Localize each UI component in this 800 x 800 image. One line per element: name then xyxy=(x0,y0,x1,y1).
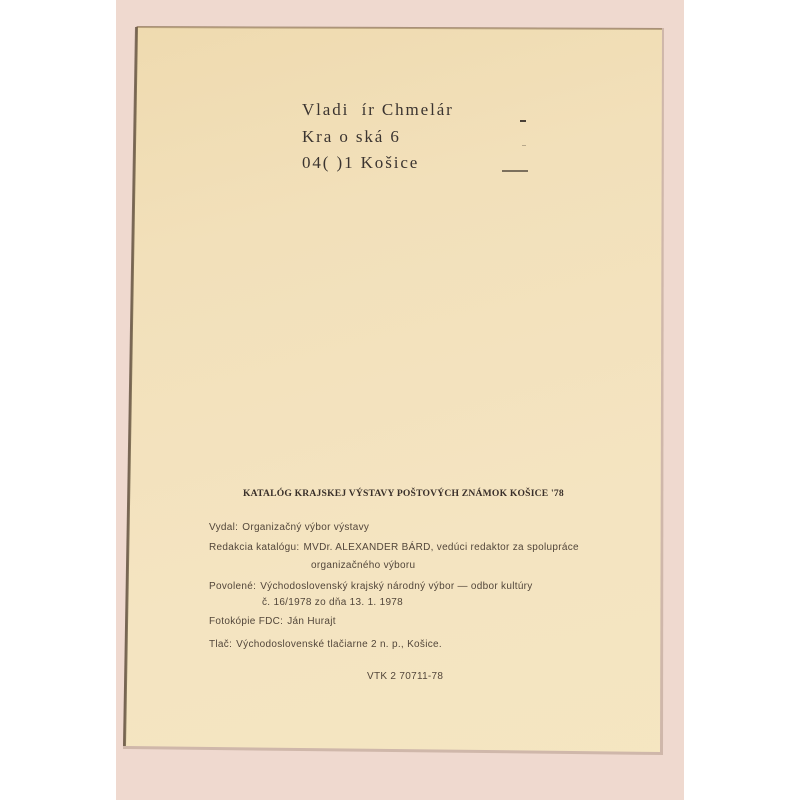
entry-editor-continuation: organizačného výboru xyxy=(311,560,415,572)
entry-value: MVDr. ALEXANDER BÁRD, vedúci redaktor za… xyxy=(303,542,578,553)
entry-label: Vydal: xyxy=(209,522,238,533)
ink-mark xyxy=(520,120,526,122)
entry-publisher: Vydal:Organizačný výbor výstavy xyxy=(209,522,369,534)
entry-label: Povolené: xyxy=(209,581,256,592)
ink-rule xyxy=(502,170,528,172)
entry-label: Fotokópie FDC: xyxy=(209,616,283,627)
photo-stage: Vladi ír Chmelár Kra o ská 6 04( )1 Koši… xyxy=(0,0,800,800)
entry-value: Východoslovenské tlačiarne 2 n. p., Koši… xyxy=(236,639,442,650)
entry-label: Tlač: xyxy=(209,639,232,650)
address-name: Vladi ír Chmelár xyxy=(302,100,454,120)
print-code: VTK 2 70711-78 xyxy=(367,671,443,683)
ink-mark xyxy=(522,145,526,146)
address-street: Kra o ská 6 xyxy=(302,127,401,147)
address-city: 04( )1 Košice xyxy=(302,153,419,173)
entry-printer: Tlač:Východoslovenské tlačiarne 2 n. p.,… xyxy=(209,639,442,651)
entry-value: Východoslovenský krajský národný výbor —… xyxy=(260,581,532,592)
entry-permit-continuation: č. 16/1978 zo dňa 13. 1. 1978 xyxy=(262,597,403,609)
entry-photocopy: Fotokópie FDC:Ján Hurajt xyxy=(209,616,336,628)
entry-value: Organizačný výbor výstavy xyxy=(242,522,369,533)
entry-label: Redakcia katalógu: xyxy=(209,542,299,553)
colophon-title: KATALÓG KRAJSKEJ VÝSTAVY POŠTOVÝCH ZNÁMO… xyxy=(243,488,564,500)
entry-editor: Redakcia katalógu:MVDr. ALEXANDER BÁRD, … xyxy=(209,542,579,554)
entry-value: Ján Hurajt xyxy=(287,616,336,627)
entry-permit: Povolené:Východoslovenský krajský národn… xyxy=(209,581,533,593)
